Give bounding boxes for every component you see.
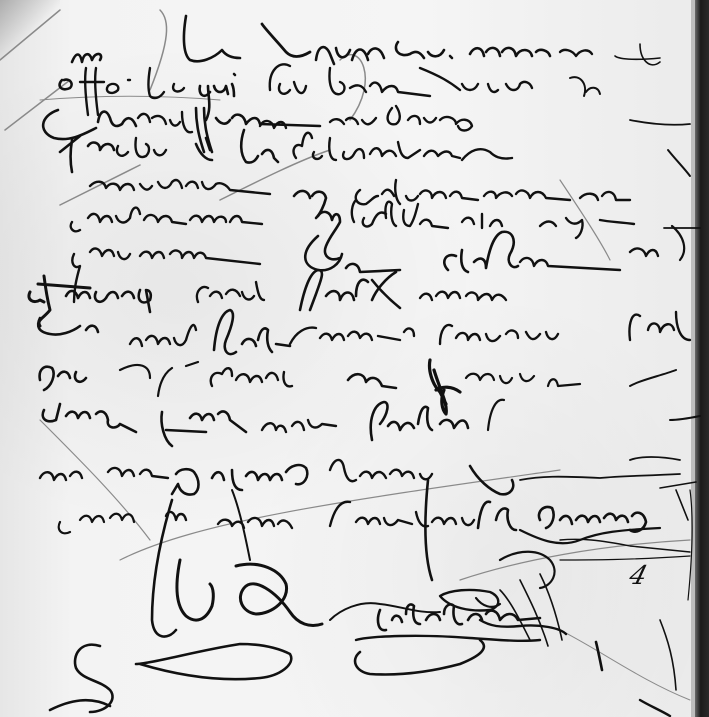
handwriting-strokes <box>0 0 709 717</box>
document-page: ne [...] parr [...] ..gume[...] offo lor… <box>0 0 709 717</box>
